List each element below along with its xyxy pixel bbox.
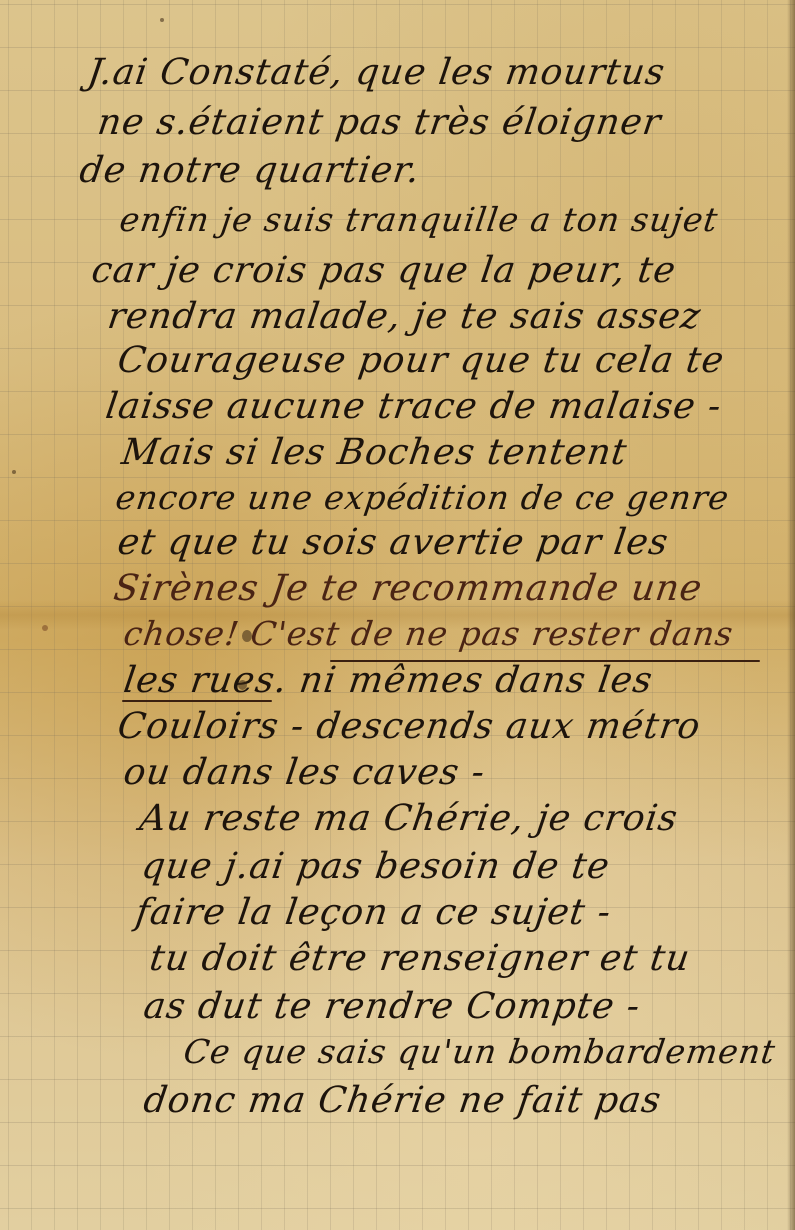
letter-line-17: Au reste ma Chérie, je crois xyxy=(137,798,681,839)
letter-line-7: Courageuse pour que tu cela te xyxy=(115,340,727,381)
letter-line-11: et que tu sois avertie par les xyxy=(115,522,671,563)
letter-page: J.ai Constaté, que les mourtus ne s.étai… xyxy=(0,0,795,1230)
letter-line-16: ou dans les caves - xyxy=(121,752,488,793)
letter-line-15: Couloirs - descends aux métro xyxy=(115,706,703,747)
letter-line-2: ne s.étaient pas très éloigner xyxy=(95,102,664,143)
letter-line-1: J.ai Constaté, que les mourtus xyxy=(85,52,668,93)
letter-line-6: rendra malade, je te sais assez xyxy=(105,296,704,337)
underline-stroke-2 xyxy=(122,700,272,702)
letter-line-20: tu doit être renseigner et tu xyxy=(147,938,693,979)
letter-line-22: Ce que sais qu'un bombardement xyxy=(181,1032,778,1071)
handwritten-letter: J.ai Constaté, que les mourtus ne s.étai… xyxy=(0,0,795,1230)
letter-line-3: de notre quartier. xyxy=(77,150,423,191)
letter-line-21: as dut te rendre Compte - xyxy=(141,986,643,1027)
ink-blot xyxy=(242,630,252,642)
ink-blot xyxy=(238,680,247,690)
letter-line-23: donc ma Chérie ne fait pas xyxy=(141,1080,664,1121)
letter-line-5: car je crois pas que la peur, te xyxy=(89,250,679,291)
letter-line-9: Mais si les Boches tentent xyxy=(119,432,630,473)
letter-line-4: enfin je suis tranquille a ton sujet xyxy=(117,200,720,239)
letter-line-18: que j.ai pas besoin de te xyxy=(139,846,612,887)
letter-line-19: faire la leçon a ce sujet - xyxy=(133,892,614,933)
letter-line-8: laisse aucune trace de malaise - xyxy=(103,386,724,427)
ink-blot xyxy=(160,18,164,22)
letter-line-13: chose! C'est de ne pas rester dans xyxy=(121,614,736,653)
letter-line-10: encore une expédition de ce genre xyxy=(113,478,732,517)
ink-blot xyxy=(12,470,16,474)
ink-blot xyxy=(42,625,48,631)
letter-line-12: Sirènes Je te recommande une xyxy=(111,568,705,609)
letter-line-14: les rues. ni mêmes dans les xyxy=(121,660,655,701)
